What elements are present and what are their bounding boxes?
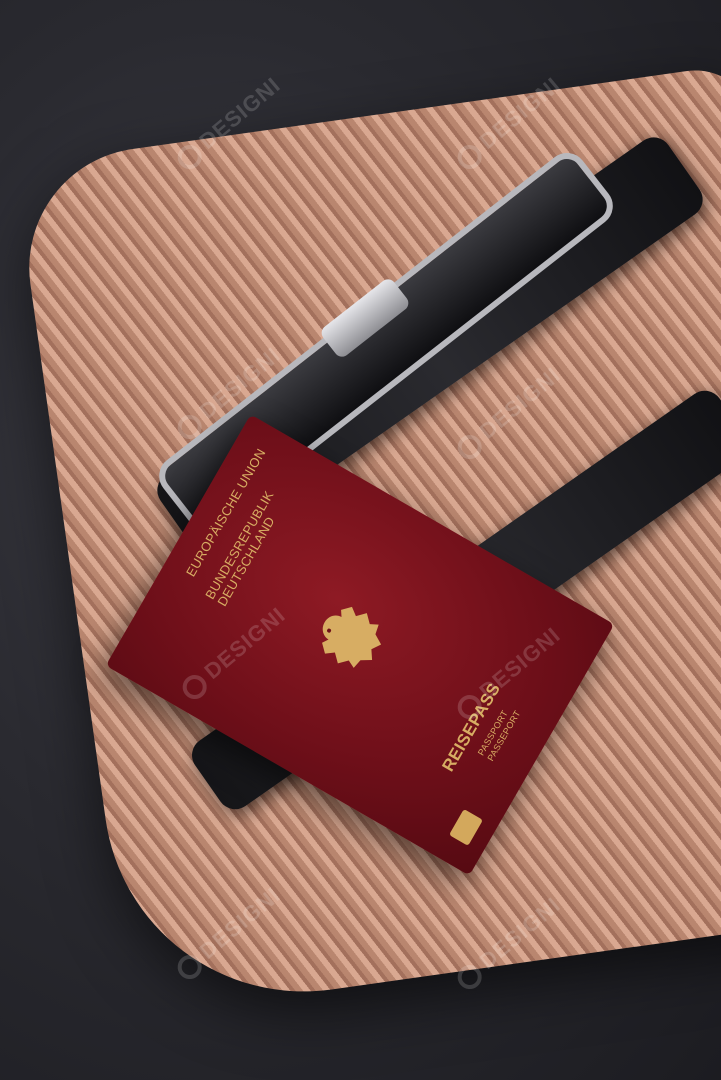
federal-eagle-icon: [302, 589, 403, 688]
designi-logo-icon: [173, 950, 207, 984]
biometric-chip-icon: [449, 809, 483, 846]
photo: EUROPÄISCHE UNION BUNDESREPUBLIK DEUTSCH…: [0, 0, 721, 1080]
